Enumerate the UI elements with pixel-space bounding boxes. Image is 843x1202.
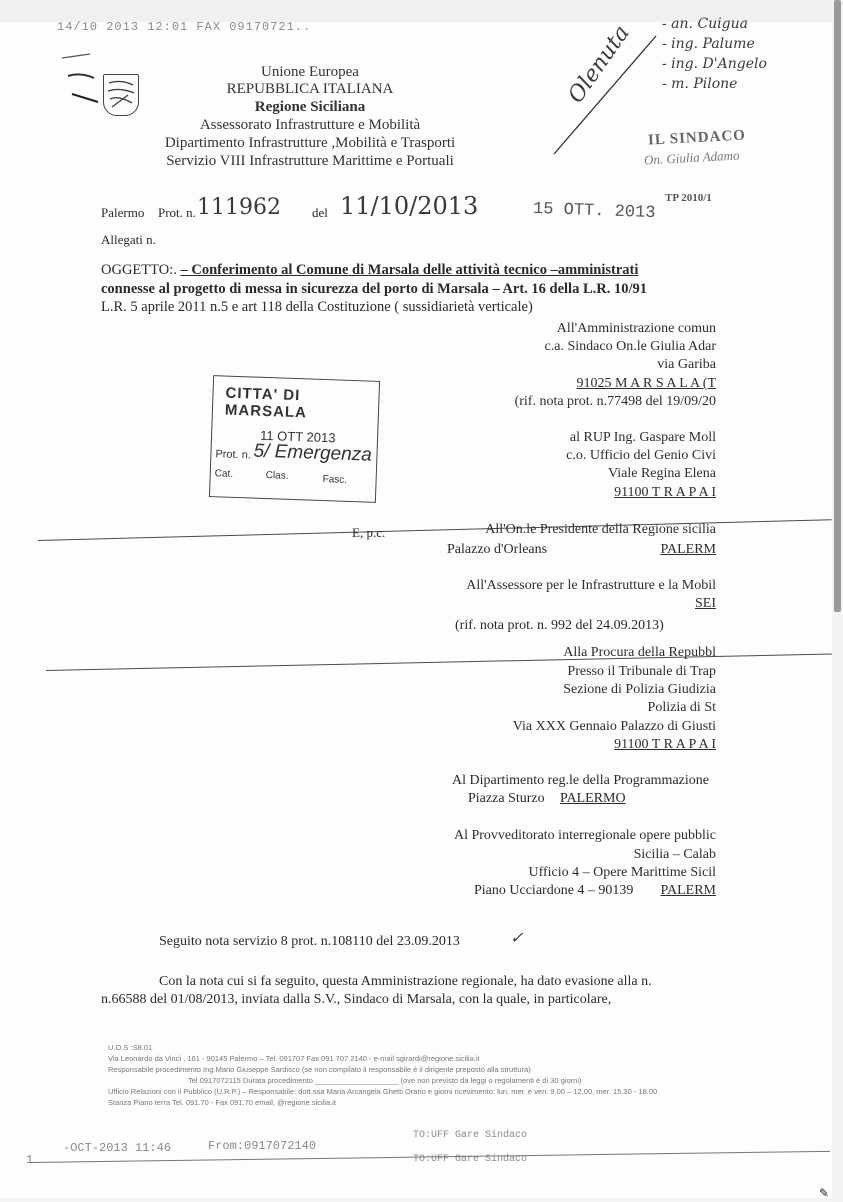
subject-label: OGGETTO:.: [101, 262, 177, 278]
subject-text: – Conferimento al Comune di Marsala dell…: [180, 262, 638, 278]
fax-timestamp: -OCT-2013 11:46: [63, 1141, 171, 1155]
recipient-line: via Gariba: [657, 357, 716, 373]
letterhead-line: REPUBBLICA ITALIANA: [100, 81, 520, 98]
prot-number-handwritten: 111962: [197, 195, 281, 220]
handwritten-distribution-item: - ing. Palume: [662, 36, 755, 52]
handwritten-slash: [550, 32, 660, 172]
subject-line-2: connesse al progetto di messa in sicurez…: [101, 281, 647, 298]
recipient-line: Al Dipartimento reg.le della Programmazi…: [452, 773, 709, 789]
recipient-city: PALERMO: [560, 791, 626, 807]
recipient-line: 91100 T R A P A I: [614, 485, 716, 501]
date-handwritten: 11/10/2013: [340, 192, 478, 220]
recipient-line: Polizia di St: [648, 700, 716, 716]
recipient-line: Sicilia – Calab: [634, 847, 716, 863]
fax-page-marker: 1: [26, 1153, 33, 1167]
recipient-line: Alla Procura della Repubbl: [563, 645, 716, 661]
footer-line: Responsabile procedimento Ing.Mario Gius…: [108, 1065, 531, 1074]
prot-label: Prot. n.: [158, 205, 196, 221]
recipient-line: c.o. Ufficio del Genio Civi: [566, 448, 716, 464]
letterhead-line: Unione Europea: [100, 64, 520, 81]
letterhead-line: Dipartimento Infrastrutture ,Mobilità e …: [100, 135, 520, 152]
body-paragraph-line: Con la nota cui si fa seguito, questa Am…: [159, 974, 652, 990]
handwritten-distribution-item: - m. Pilone: [662, 76, 737, 92]
letterhead-line: Assessorato Infrastrutture e Mobilità: [100, 117, 520, 134]
recipient-city: PALERM: [660, 542, 716, 558]
followup-reference: Seguito nota servizio 8 prot. n.108110 d…: [159, 934, 460, 950]
scrollbar-thumb[interactable]: [834, 0, 841, 612]
recipient-line: All'Assessore per le Infrastrutture e la…: [466, 578, 716, 594]
document-page: 14/10 2013 12:01 FAX 09170721.. Unione E…: [0, 22, 832, 1198]
fax-to: TO:UFF Gare Sindaco: [413, 1130, 527, 1141]
recipient-line: Al Provveditorato interregionale opere p…: [454, 828, 716, 844]
stamp-cat-label: Cat.: [215, 468, 234, 480]
footer-line: U.O.S :S8.01: [108, 1043, 152, 1052]
attachments-label: Allegati n.: [101, 232, 156, 248]
letterhead-line: Servizio VIII Infrastrutture Marittime e…: [100, 153, 520, 170]
recipient-line: Palazzo d'Orleans: [447, 542, 547, 558]
footer-line: Stanza Piano terra Tel. 091.70 - Fax 091…: [108, 1098, 336, 1107]
pen-icon[interactable]: ✎: [819, 1186, 829, 1201]
recipient-line: SEI: [695, 596, 716, 612]
epc-label: E, p.c.: [352, 525, 385, 541]
handwritten-distribution-item: - an. Cuigua: [662, 16, 748, 32]
recipient-line: Piazza Sturzo: [468, 791, 545, 807]
place-label: Palermo: [101, 205, 144, 221]
recipient-city: PALERM: [660, 883, 716, 899]
recipient-line: c.a. Sindaco On.le Giulia Adar: [545, 339, 716, 355]
recipient-line: Ufficio 4 – Opere Marittime Sicil: [528, 865, 716, 881]
recipient-line: Presso il Tribunale di Trap: [567, 664, 716, 680]
stamp-fasc-label: Fasc.: [322, 474, 347, 486]
fax-from: From:0917072140: [208, 1139, 316, 1153]
footer-line: Tel 0917072115 Durata procedimento _____…: [188, 1076, 581, 1085]
city-of-marsala-received-stamp: CITTA' DI MARSALA 11 OTT 2013 Prot. n. 5…: [209, 375, 380, 503]
handwritten-margin-marks: [60, 46, 100, 106]
footer-line: Ufficio Relazioni con il Pubblico (U.R.P…: [108, 1087, 657, 1096]
handwritten-checkmark: ✓: [510, 928, 523, 947]
stamp-prot-label: Prot. n.: [215, 448, 251, 461]
recipient-line: Piano Ucciardone 4 – 90139: [474, 883, 633, 899]
recipient-line: (rif. nota prot. n.77498 del 19/09/20: [515, 394, 716, 410]
handwritten-distribution-item: - ing. D'Angelo: [662, 56, 767, 72]
tp-code: TP 2010/1: [665, 192, 712, 204]
stamp-clas-label: Clas.: [266, 470, 289, 482]
recipient-line: All'On.le Presidente della Regione sicil…: [485, 522, 716, 538]
recipient-reference: (rif. nota prot. n. 992 del 24.09.2013): [455, 618, 664, 634]
stamp-title: CITTA' DI MARSALA: [225, 385, 379, 424]
mayor-stamp-title: IL SINDACO: [648, 127, 747, 149]
recipient-line: All'Amministrazione comun: [557, 321, 716, 337]
vertical-scrollbar[interactable]: [832, 0, 843, 1202]
recipient-line: 91100 T R A P A I: [614, 737, 716, 753]
recipient-line: Via XXX Gennaio Palazzo di Giusti: [513, 719, 716, 735]
date-label: del: [312, 205, 328, 221]
subject-line-3: L.R. 5 aprile 2011 n.5 e art 118 della C…: [101, 299, 533, 316]
footer-line: Via Leonardo da Vinci , 161 - 90145 Pale…: [108, 1054, 480, 1063]
stamp-prot-value: 5/ Emergenza: [253, 441, 372, 467]
recipient-line: al RUP Ing. Gaspare Moll: [570, 430, 716, 446]
recipient-line: Sezione di Polizia Giudizia: [563, 682, 716, 698]
body-paragraph-line: n.66588 del 01/08/2013, inviata dalla S.…: [101, 992, 611, 1008]
recipient-line: Viale Regina Elena: [608, 466, 716, 482]
subject-line-1: OGGETTO:. – Conferimento al Comune di Ma…: [101, 262, 638, 279]
recipient-line: 91025 M A R S A L A (T: [576, 376, 716, 392]
received-date-stamp: 15 OTT. 2013: [533, 200, 656, 223]
fax-header: 14/10 2013 12:01 FAX 09170721..: [57, 20, 311, 34]
letterhead-line: Regione Siciliana: [100, 99, 520, 116]
